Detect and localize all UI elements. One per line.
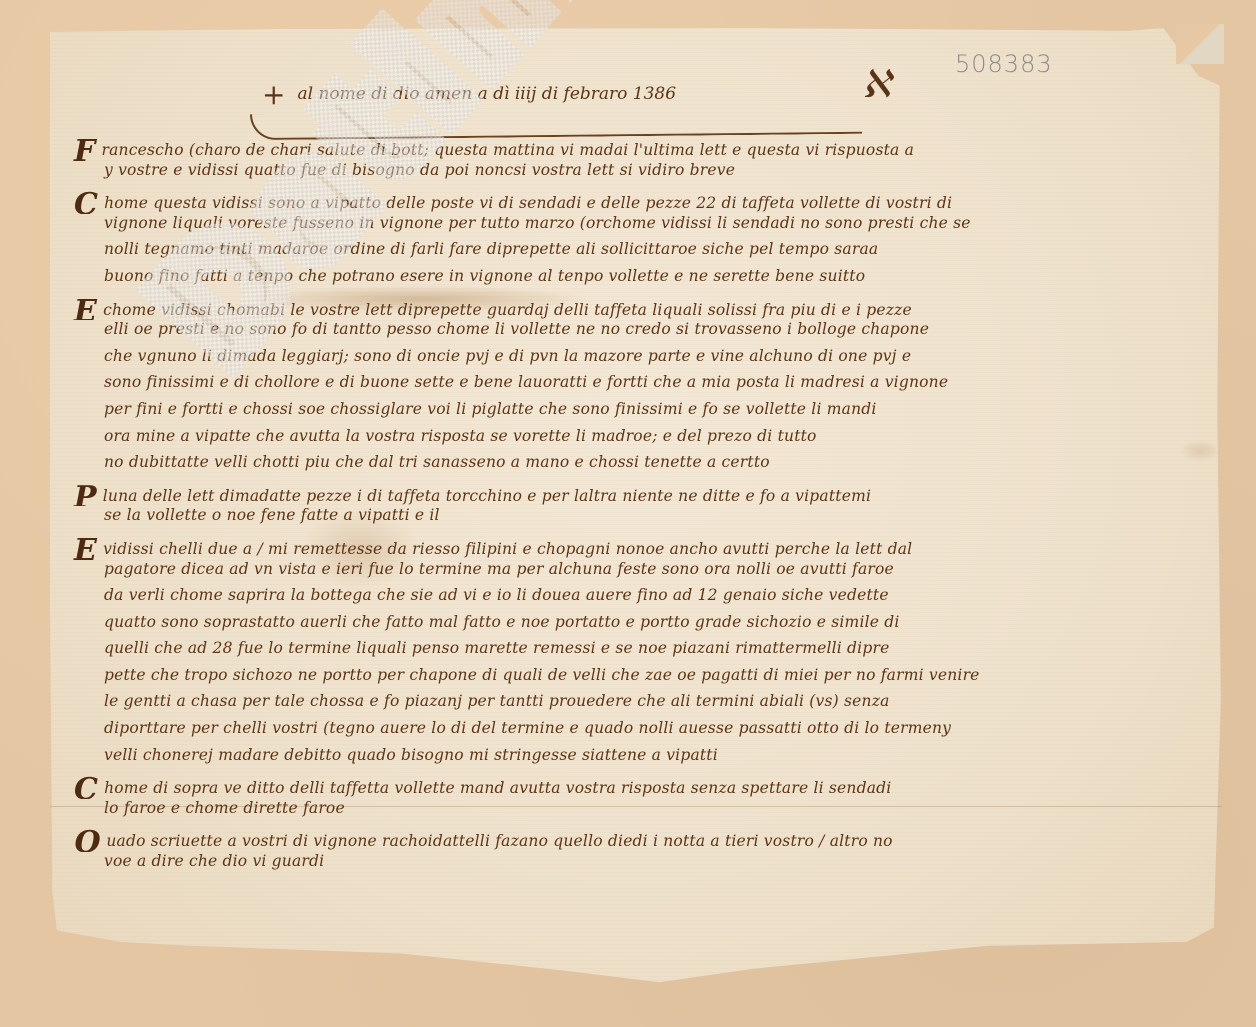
manuscript-line: le gentti a chasa per tale chossa e fo p… [62,692,1212,719]
manuscript-line: y vostre e vidissi quatto fue di bisogno… [62,161,1212,188]
line-text: chome vidissi chomabi le vostre lett dip… [103,301,912,319]
line-text: quatto sono soprastatto auerli che fatto… [104,613,900,631]
manuscript-line: Evidissi chelli due a / mi remettesse da… [62,533,1212,560]
manuscript-line: Echome vidissi chomabi le vostre lett di… [62,294,1212,321]
line-text: per fini e fortti e chossi soe chossigla… [104,400,877,418]
manuscript-line: quelli che ad 28 fue lo termine liquali … [62,639,1212,666]
manuscript-line: velli chonerej madare debitto quado biso… [62,746,1212,773]
line-text: luna delle lett dimadatte pezze i di taf… [103,487,871,505]
manuscript-line: da verli chome saprira la bottega che si… [62,586,1212,613]
line-text: vignone liquali voreste fusseno in vigno… [104,214,971,232]
manuscript-line: pagatore dicea ad vn vista e ieri fue lo… [62,560,1212,587]
letter-heading: +al nome di dio amen a dì iiij di febrar… [262,78,676,111]
manuscript-line: ora mine a vipatte che avutta la vostra … [62,427,1212,454]
manuscript-line: per fini e fortti e chossi soe chossigla… [62,400,1212,427]
line-text: da verli chome saprira la bottega che si… [104,586,889,604]
line-text: uado scriuette a vostri di vignone racho… [106,832,892,850]
manuscript-line: no dubittatte velli chotti piu che dal t… [62,453,1212,480]
manuscript-line: diporttare per chelli vostri (tegno auer… [62,719,1212,746]
manuscript-line: vignone liquali voreste fusseno in vigno… [62,214,1212,241]
line-text: sono finissimi e di chollore e di buone … [104,373,948,391]
cross-symbol: + [262,78,285,111]
line-text: no dubittatte velli chotti piu che dal t… [104,453,770,471]
manuscript-line: lo faroe e chome dirette faroe [62,799,1212,826]
line-text: voe a dire che dio vi guardi [104,852,324,870]
manuscript-line: voe a dire che dio vi guardi [62,852,1212,879]
manuscript-line: quatto sono soprastatto auerli che fatto… [62,613,1212,640]
manuscript-line: pette che tropo sichozo ne portto per ch… [62,666,1212,693]
manuscript-line: se la vollette o noe fene fatte a vipatt… [62,506,1212,533]
initial-letter: F [74,134,96,161]
manuscript-line: Quado scriuette a vostri di vignone rach… [62,825,1212,852]
initial-letter: C [74,772,98,799]
manuscript-line: buono fino fatti a tenpo che potrano ese… [62,267,1212,294]
line-text: nolli tegnamo tinti madaroe ordine di fa… [104,240,878,258]
initial-letter: C [74,187,98,214]
line-text: pette che tropo sichozo ne portto per ch… [104,666,980,684]
line-text: ora mine a vipatte che avutta la vostra … [104,427,817,445]
line-text: pagatore dicea ad vn vista e ieri fue lo… [104,560,894,578]
folded-corner [1176,24,1224,64]
line-text: buono fino fatti a tenpo che potrano ese… [104,267,865,285]
initial-letter: Q [74,825,100,852]
catalog-number: 508383 [955,50,1053,78]
line-text: home di sopra ve ditto delli taffetta vo… [104,779,891,797]
line-text: vidissi chelli due a / mi remettesse da … [103,540,912,558]
line-text: velli chonerej madare debitto quado biso… [104,746,718,764]
line-text: rancescho (charo de chari salute di bott… [102,141,915,159]
line-text: y vostre e vidissi quatto fue di bisogno… [104,161,735,179]
heading-text: al nome di dio amen a dì iiij di febraro… [297,84,676,104]
heading-flourish-icon: ℵ [862,62,890,106]
initial-letter: P [74,480,97,507]
manuscript-line: Chome questa vidissi sono a vipatto dell… [62,187,1212,214]
line-text: lo faroe e chome dirette faroe [104,799,345,817]
manuscript-line: Pluna delle lett dimadatte pezze i di ta… [62,480,1212,507]
line-text: le gentti a chasa per tale chossa e fo p… [104,692,890,710]
line-text: diporttare per chelli vostri (tegno auer… [104,719,951,737]
manuscript-line: elli oe presti e no sono fo di tantto pe… [62,320,1212,347]
letter-body: Francescho (charo de chari salute di bot… [62,134,1212,879]
line-text: che vgnuno li dimada leggiarj; sono di o… [104,347,911,365]
manuscript-line: nolli tegnamo tinti madaroe ordine di fa… [62,240,1212,267]
manuscript-line: Chome di sopra ve ditto delli taffetta v… [62,772,1212,799]
manuscript-line: sono finissimi e di chollore e di buone … [62,373,1212,400]
manuscript-line: Francescho (charo de chari salute di bot… [62,134,1212,161]
line-text: se la vollette o noe fene fatte a vipatt… [104,506,440,524]
initial-letter: E [74,294,97,321]
manuscript-line: che vgnuno li dimada leggiarj; sono di o… [62,347,1212,374]
line-text: elli oe presti e no sono fo di tantto pe… [104,320,929,338]
line-text: home questa vidissi sono a vipatto delle… [104,194,952,212]
initial-letter: E [74,533,97,560]
line-text: quelli che ad 28 fue lo termine liquali … [104,639,889,657]
